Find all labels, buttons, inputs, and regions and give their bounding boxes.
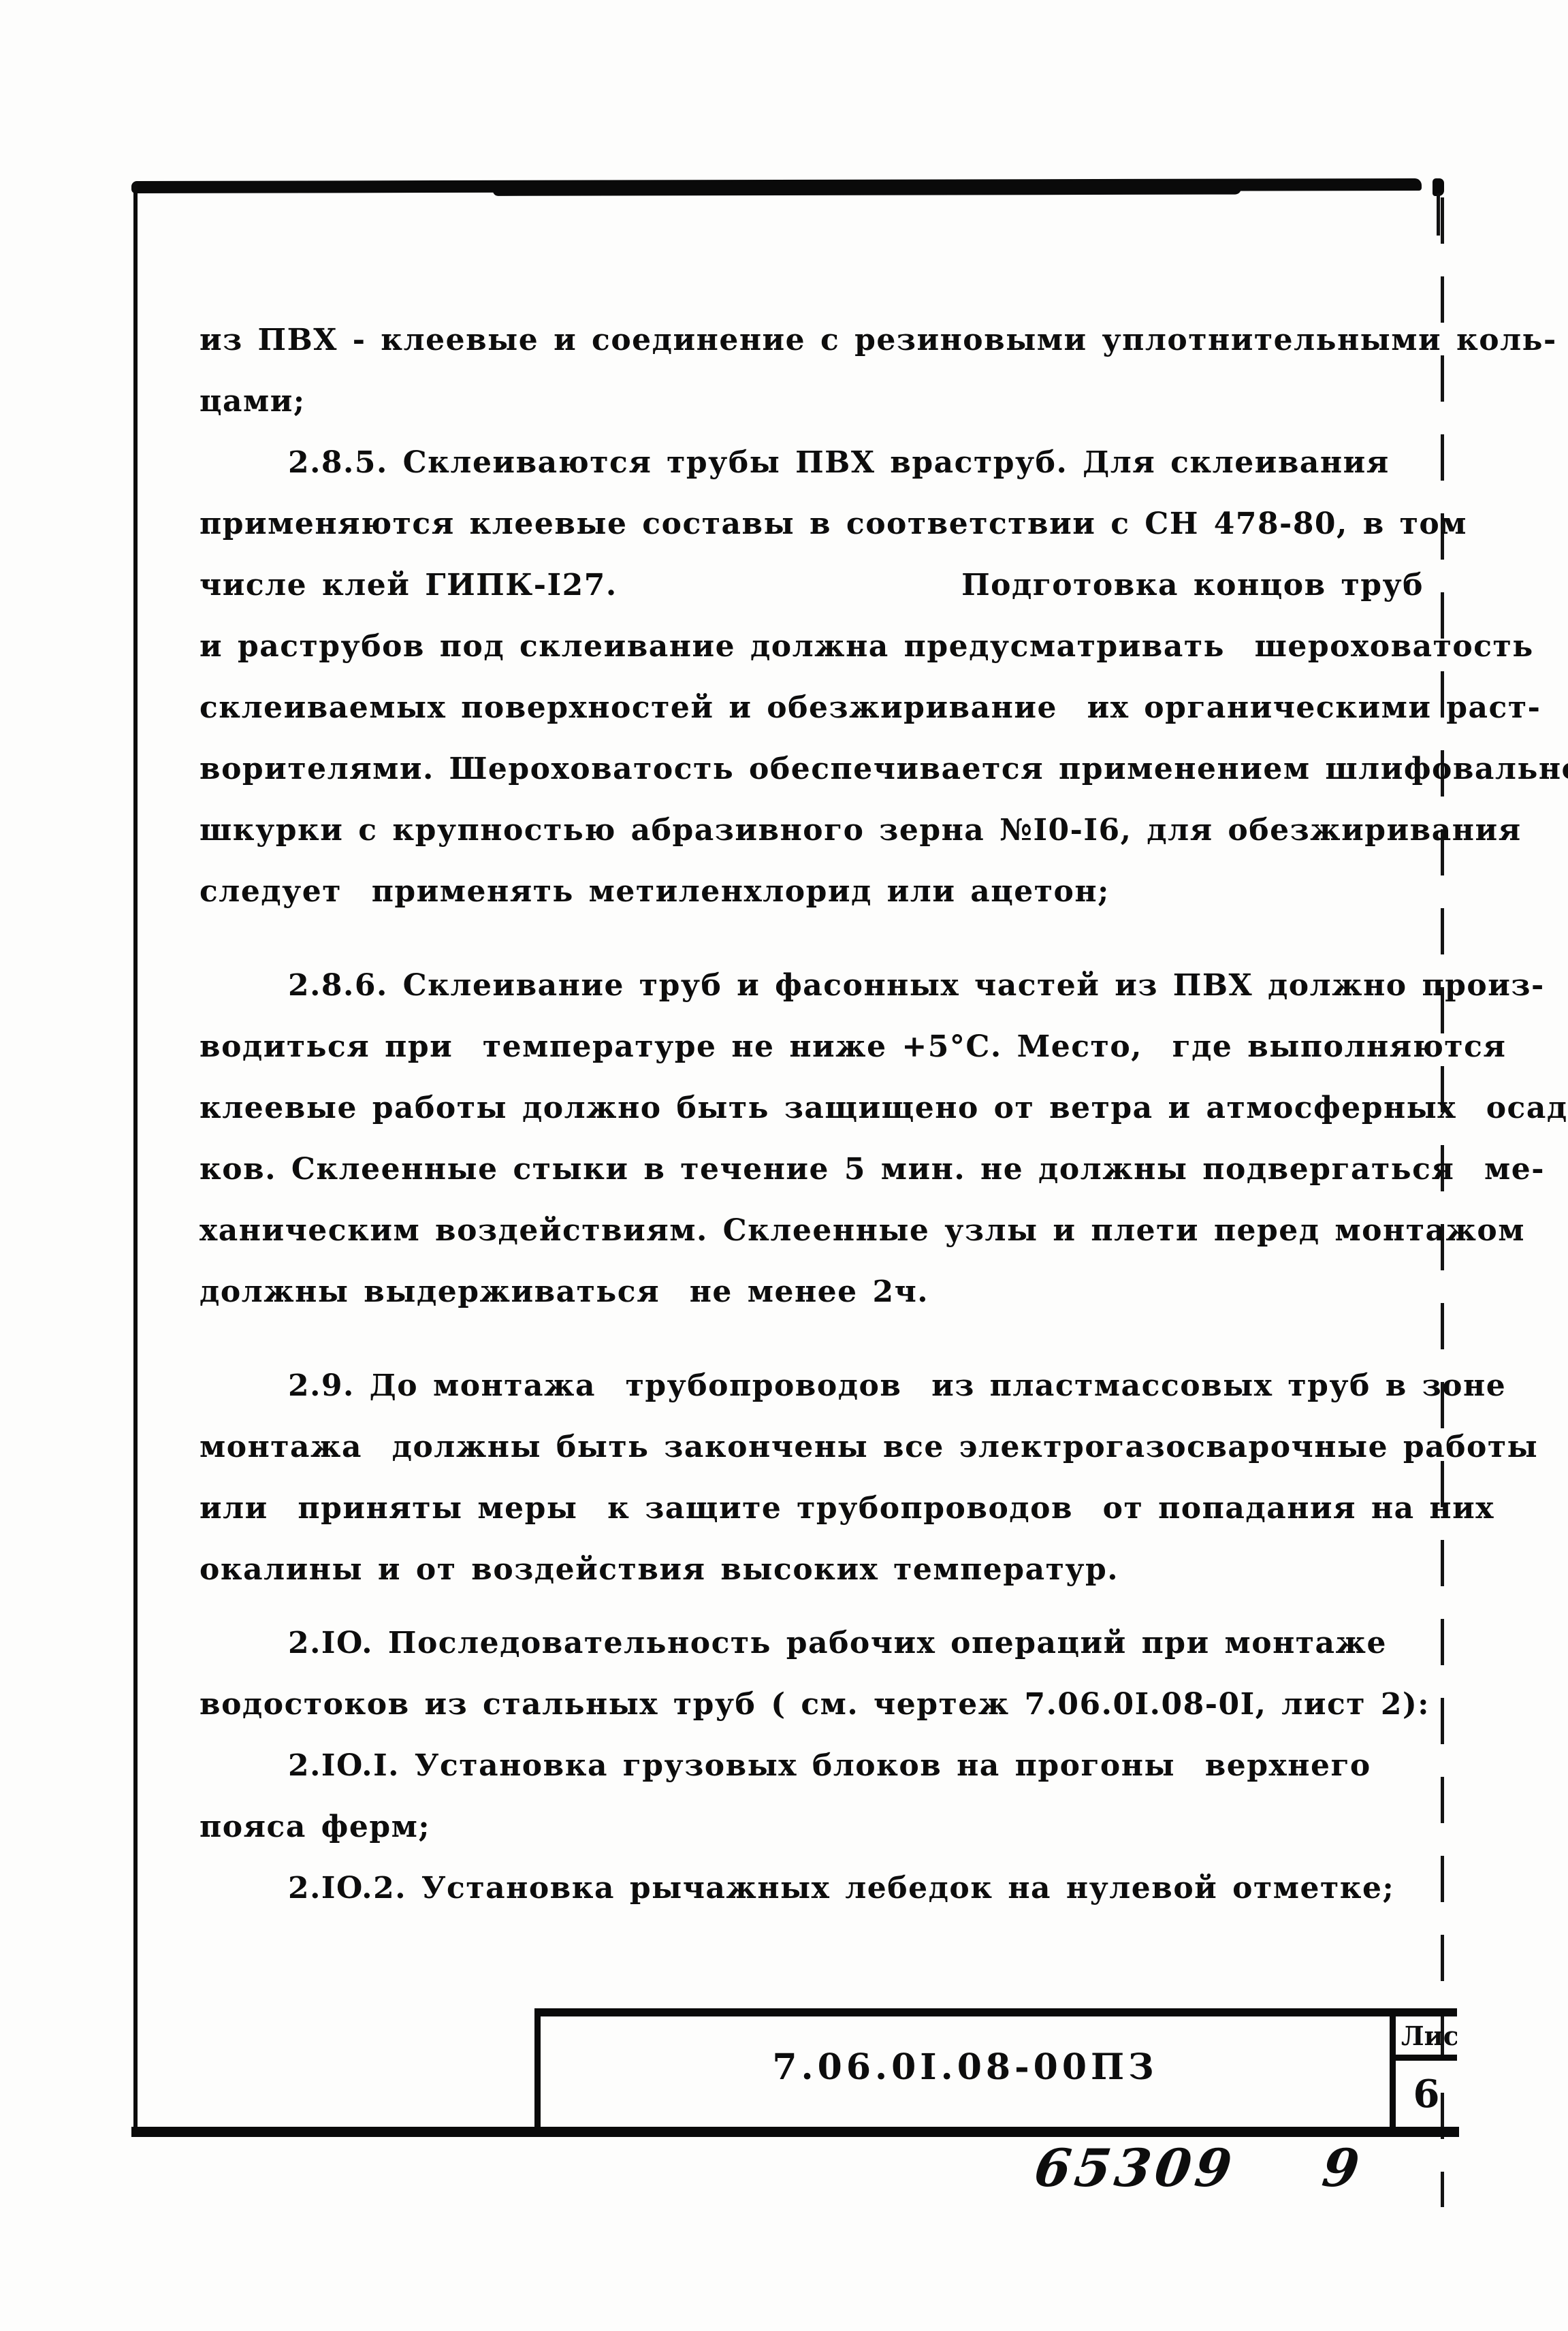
text-line: 2.IO.I. Установка грузовых блоков на про… — [199, 1735, 1424, 1797]
text-line-left: числе клей ГИПК-I27. — [199, 568, 618, 602]
paragraph: 2.8.5. Склеиваются трубы ПВХ враструб. Д… — [199, 432, 1424, 922]
text-line: и раструбов под склеивание должна предус… — [199, 616, 1424, 677]
text-line: склеиваемых поверхностей и обезжиривание… — [199, 677, 1424, 739]
text-line: ворителями. Шероховатость обеспечивается… — [199, 739, 1424, 800]
sheet-label: Лист — [1401, 2021, 1457, 2051]
frame-bottom-border — [131, 2127, 1459, 2137]
text-line-right: Подготовка концов труб — [961, 555, 1424, 616]
text-line: водостоков из стальных труб ( см. чертеж… — [199, 1674, 1424, 1735]
text-line: следует применять метиленхлорид или ацет… — [199, 861, 1424, 922]
title-block: 7.06.0I.08-00ПЗ — [534, 2008, 1396, 2127]
text-line: должны выдерживаться не менее 2ч. — [199, 1261, 1424, 1323]
text-line: пояса ферм; — [199, 1797, 1424, 1858]
text-line: шкурки с крупностью абразивного зерна №I… — [199, 800, 1424, 861]
text-line: водиться при температуре не ниже +5°С. М… — [199, 1016, 1424, 1078]
frame-corner-mark — [1433, 178, 1444, 196]
paragraph: 2.9. До монтажа трубопроводов из пластма… — [199, 1355, 1424, 1601]
title-block-sheet-column: Лист 6 — [1396, 2008, 1457, 2127]
paragraph: из ПВХ - клеевые и соединение с резиновы… — [199, 310, 1424, 432]
handwritten-page-number: 9 — [1319, 2138, 1366, 2198]
paragraph: 2.IO.2. Установка рычажных лебедок на ну… — [199, 1858, 1424, 1919]
text-line: или приняты меры к защите трубопроводов … — [199, 1478, 1424, 1539]
text-line: окалины и от воздействия высоких темпера… — [199, 1539, 1424, 1601]
text-line: 2.9. До монтажа трубопроводов из пластма… — [199, 1355, 1424, 1417]
frame-top-border — [131, 178, 1422, 193]
handwritten-numbers: 65309 9 — [1031, 2138, 1367, 2198]
frame-left-border — [133, 182, 138, 2135]
text-line: применяются клеевые составы в соответств… — [199, 494, 1424, 555]
text-line: 2.IO.2. Установка рычажных лебедок на ну… — [199, 1858, 1424, 1919]
paragraph: 2.8.6. Склеивание труб и фасонных частей… — [199, 955, 1424, 1323]
text-line: монтажа должны быть закончены все электр… — [199, 1417, 1424, 1478]
text-line: цами; — [199, 371, 1424, 432]
text-line: числе клей ГИПК-I27.Подготовка концов тр… — [199, 555, 1424, 616]
text-line: ханическим воздействиям. Склеенные узлы … — [199, 1200, 1424, 1261]
text-line: из ПВХ - клеевые и соединение с резиновы… — [199, 310, 1424, 371]
text-line: 2.8.6. Склеивание труб и фасонных частей… — [199, 955, 1424, 1016]
document-text: из ПВХ - клеевые и соединение с резиновы… — [199, 310, 1424, 1919]
text-line: ков. Склеенные стыки в течение 5 мин. не… — [199, 1139, 1424, 1200]
sheet-number-cell: 6 — [1396, 2061, 1457, 2127]
handwritten-inventory-number: 65309 — [1031, 2138, 1239, 2198]
sheet-label-cell: Лист — [1396, 2016, 1457, 2061]
paragraph: 2.IO. Последовательность рабочих операци… — [199, 1613, 1424, 1735]
paragraph: 2.IO.I. Установка грузовых блоков на про… — [199, 1735, 1424, 1858]
text-line: 2.IO. Последовательность рабочих операци… — [199, 1613, 1424, 1674]
scanned-document-page: из ПВХ - клеевые и соединение с резиновы… — [0, 0, 1568, 2331]
frame-right-dashed-border — [1441, 197, 1444, 2207]
text-line: 2.8.5. Склеиваются трубы ПВХ враструб. Д… — [199, 432, 1424, 494]
text-line: клеевые работы должно быть защищено от в… — [199, 1078, 1424, 1139]
sheet-number: 6 — [1413, 2072, 1440, 2117]
title-block-document-code: 7.06.0I.08-00ПЗ — [772, 2046, 1157, 2088]
